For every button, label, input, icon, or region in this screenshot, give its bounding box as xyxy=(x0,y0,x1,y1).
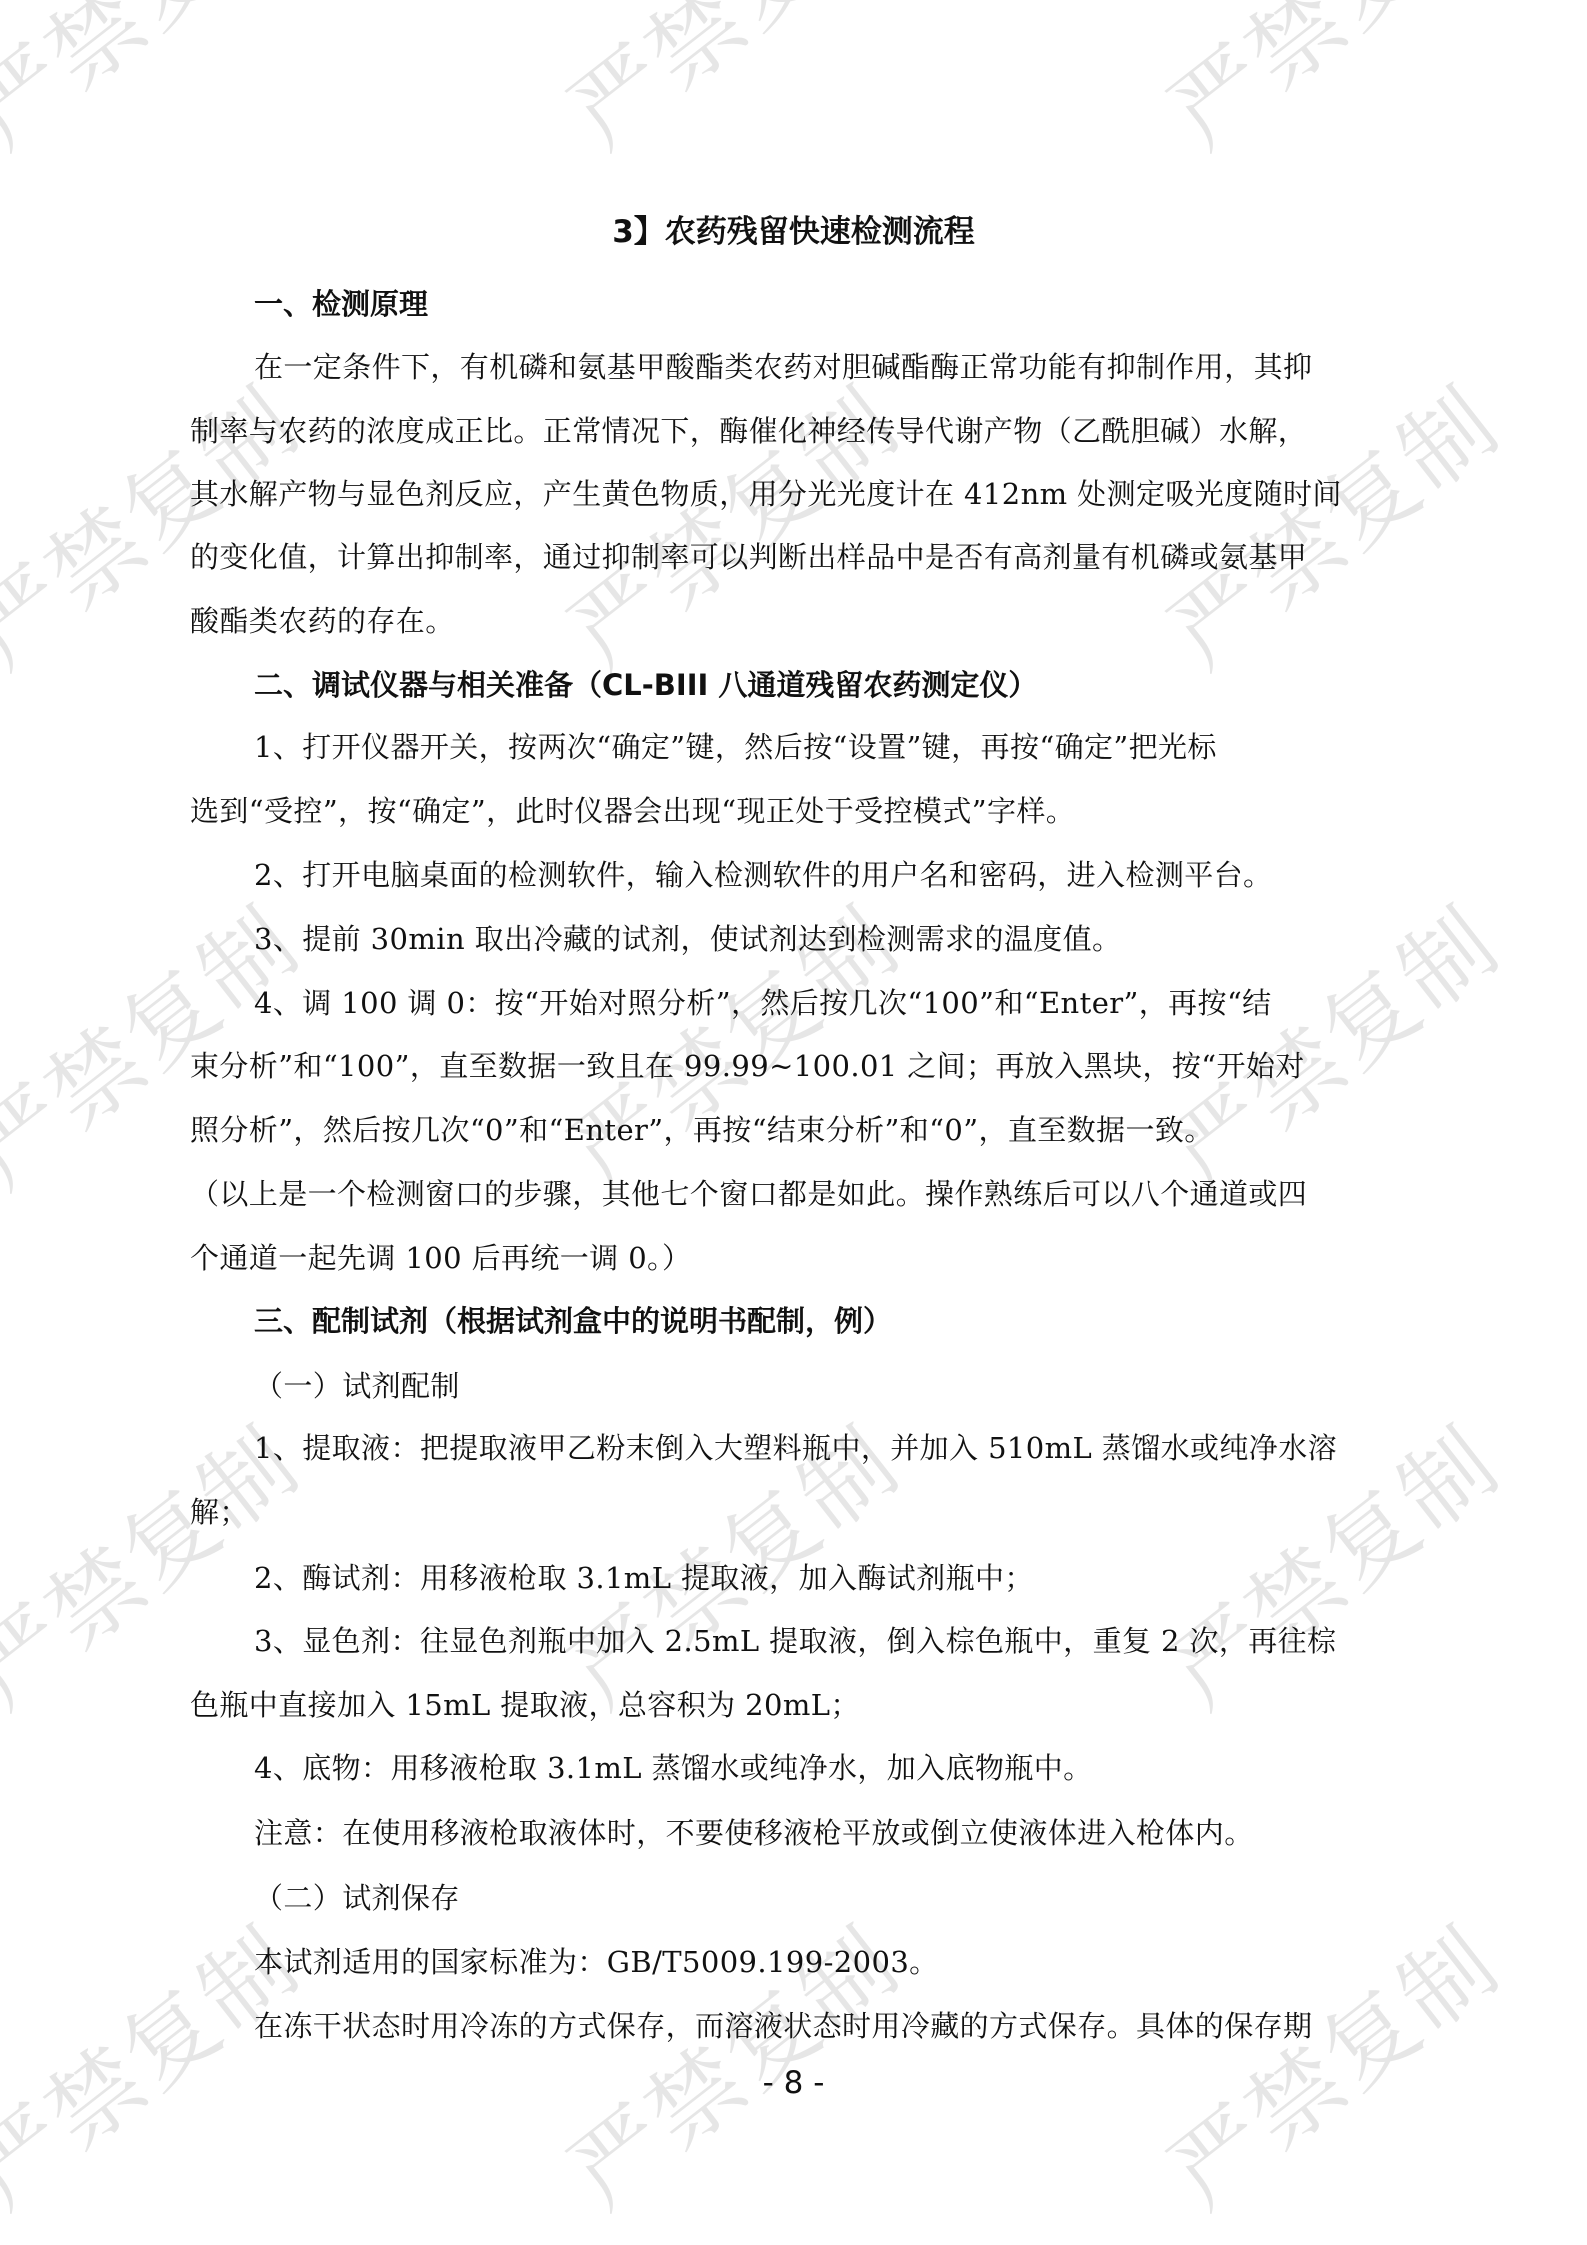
paragraph-line: 其水解产物与显色剂反应，产生黄色物质，用分光光度计在 412nm 处测定吸光度随… xyxy=(0,474,1587,514)
paragraph-line: 色瓶中直接加入 15mL 提取液，总容积为 20mL； xyxy=(0,1685,1587,1725)
paragraph-line: 选到“受控”，按“确定”，此时仪器会出现“现正处于受控模式”字样。 xyxy=(0,791,1587,831)
paragraph-line: （以上是一个检测窗口的步骤，其他七个窗口都是如此。操作熟练后可以八个通道或四 xyxy=(0,1174,1587,1214)
paragraph-line: 在冻干状态时用冷冻的方式保存，而溶液状态时用冷藏的方式保存。具体的保存期 xyxy=(0,2006,1587,2046)
paragraph-line: 酸酯类农药的存在。 xyxy=(0,601,1587,641)
subsection-heading-preparation: （一）试剂配制 xyxy=(0,1366,1587,1406)
page-number: - 8 - xyxy=(0,2063,1587,2103)
paragraph-line: 在一定条件下，有机磷和氨基甲酸酯类农药对胆碱酯酶正常功能有抑制作用，其抑 xyxy=(0,347,1587,387)
paragraph-line: 照分析”，然后按几次“0”和“Enter”，再按“结束分析”和“0”，直至数据一… xyxy=(0,1110,1587,1150)
section-heading-instrument: 二、调试仪器与相关准备（CL-BIII 八通道残留农药测定仪） xyxy=(0,665,1587,705)
paragraph-line: 解； xyxy=(0,1492,1587,1532)
document-page: 3】农药残留快速检测流程 一、检测原理 在一定条件下，有机磷和氨基甲酸酯类农药对… xyxy=(0,0,1587,2245)
paragraph-line: 3、显色剂：往显色剂瓶中加入 2.5mL 提取液，倒入棕色瓶中，重复 2 次，再… xyxy=(0,1621,1587,1661)
paragraph-line: 束分析”和“100”，直至数据一致且在 99.99~100.01 之间；再放入黑… xyxy=(0,1046,1587,1086)
paragraph-line: 本试剂适用的国家标准为：GB/T5009.199-2003。 xyxy=(0,1942,1587,1982)
paragraph-line: 2、打开电脑桌面的检测软件，输入检测软件的用户名和密码，进入检测平台。 xyxy=(0,855,1587,895)
section-heading-reagent: 三、配制试剂（根据试剂盒中的说明书配制，例） xyxy=(0,1301,1587,1341)
paragraph-line: 3、提前 30min 取出冷藏的试剂，使试剂达到检测需求的温度值。 xyxy=(0,919,1587,959)
section-heading-principle: 一、检测原理 xyxy=(0,284,1587,324)
note-line: 注意：在使用移液枪取液体时，不要使移液枪平放或倒立使液体进入枪体内。 xyxy=(0,1813,1587,1853)
paragraph-line: 4、底物：用移液枪取 3.1mL 蒸馏水或纯净水，加入底物瓶中。 xyxy=(0,1748,1587,1788)
paragraph-line: 2、酶试剂：用移液枪取 3.1mL 提取液，加入酶试剂瓶中； xyxy=(0,1558,1587,1598)
paragraph-line: 4、调 100 调 0：按“开始对照分析”，然后按几次“100”和“Enter”… xyxy=(0,983,1587,1023)
subsection-heading-storage: （二）试剂保存 xyxy=(0,1878,1587,1918)
paragraph-line: 制率与农药的浓度成正比。正常情况下，酶催化神经传导代谢产物（乙酰胆碱）水解， xyxy=(0,411,1587,451)
paragraph-line: 的变化值，计算出抑制率，通过抑制率可以判断出样品中是否有高剂量有机磷或氨基甲 xyxy=(0,537,1587,577)
paragraph-line: 1、打开仪器开关，按两次“确定”键，然后按“设置”键，再按“确定”把光标 xyxy=(0,727,1587,767)
paragraph-line: 个通道一起先调 100 后再统一调 0。） xyxy=(0,1238,1587,1278)
paragraph-line: 1、提取液：把提取液甲乙粉末倒入大塑料瓶中，并加入 510mL 蒸馏水或纯净水溶 xyxy=(0,1428,1587,1468)
page-title: 3】农药残留快速检测流程 xyxy=(0,212,1587,252)
